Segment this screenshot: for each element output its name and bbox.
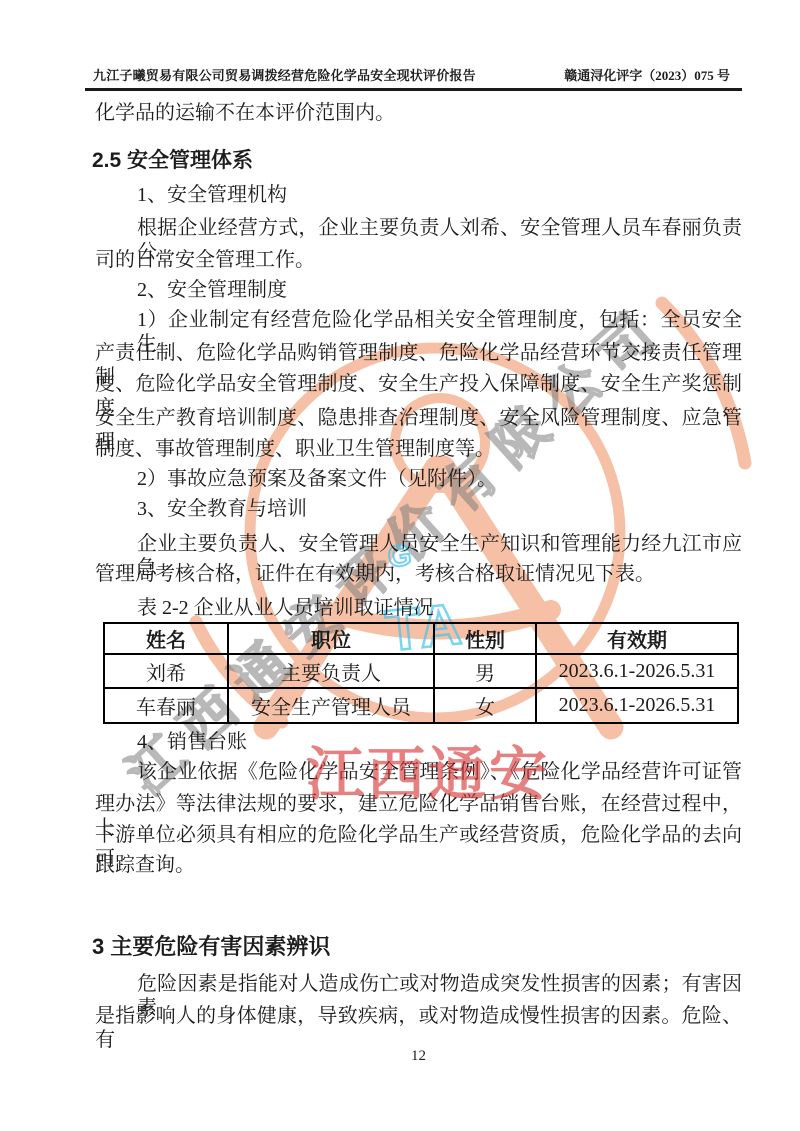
report-page: 江西通安评价有限公司 G TA 九江子曦贸易有限公司贸易调拨经营危险化学品安全现… [0, 0, 800, 1131]
page-number: 12 [95, 1048, 742, 1065]
cell-validity: 2023.6.1-2026.5.31 [536, 654, 738, 688]
table-row: 刘希 主要负责人 男 2023.6.1-2026.5.31 [104, 654, 738, 688]
col-header-validity: 有效期 [536, 623, 738, 654]
table-header-row: 姓名 职位 性别 有效期 [104, 623, 738, 654]
col-header-gender: 性别 [434, 623, 536, 654]
training-certificate-table: 姓名 职位 性别 有效期 刘希 主要负责人 男 2023.6.1-2026.5.… [103, 622, 739, 724]
body-line: 该企业依据《危险化学品安全管理条例》、《危险化学品经营许可证管 [95, 760, 742, 784]
header-report-title: 九江子曦贸易有限公司贸易调拨经营危险化学品安全现状评价报告 [93, 68, 476, 84]
table-row: 车春丽 安全生产管理人员 女 2023.6.1-2026.5.31 [104, 688, 738, 723]
table-caption: 表 2-2 企业从业人员培训取证情况 [95, 596, 742, 620]
body-line: 1、安全管理机构 [95, 183, 742, 207]
cell-name: 刘希 [104, 654, 228, 688]
chapter-heading-3: 3 主要危险有害因素辨识 [92, 934, 330, 960]
page-header: 九江子曦贸易有限公司贸易调拨经营危险化学品安全现状评价报告 赣通浔化评字（202… [85, 66, 742, 91]
cell-position: 主要负责人 [228, 654, 434, 688]
body-line: 2）事故应急预案及备案文件（见附件）。 [95, 467, 742, 491]
cell-gender: 男 [434, 654, 536, 688]
cell-validity: 2023.6.1-2026.5.31 [536, 688, 738, 723]
col-header-position: 职位 [228, 623, 434, 654]
cell-name: 车春丽 [104, 688, 228, 723]
body-line: 管理局考核合格，证件在有效期内，考核合格取证情况见下表。 [95, 562, 742, 586]
body-line: 制度、事故管理制度、职业卫生管理制度等。 [95, 437, 742, 461]
body-line: 化学品的运输不在本评价范围内。 [95, 101, 742, 125]
body-line: 3、安全教育与培训 [95, 497, 742, 521]
section-heading-2-5: 2.5 安全管理体系 [92, 148, 253, 173]
header-document-number: 赣通浔化评字（2023）075 号 [564, 68, 730, 84]
body-line: 跟踪查询。 [95, 853, 742, 877]
cell-position: 安全生产管理人员 [228, 688, 434, 723]
cell-gender: 女 [434, 688, 536, 723]
body-line: 4、销售台账 [95, 730, 742, 754]
col-header-name: 姓名 [104, 623, 228, 654]
body-line: 司的日常安全管理工作。 [95, 248, 742, 272]
body-line: 2、安全管理制度 [95, 278, 742, 302]
body-line: 是指影响人的身体健康，导致疾病，或对物造成慢性损害的因素。危险、有 [95, 1004, 742, 1052]
